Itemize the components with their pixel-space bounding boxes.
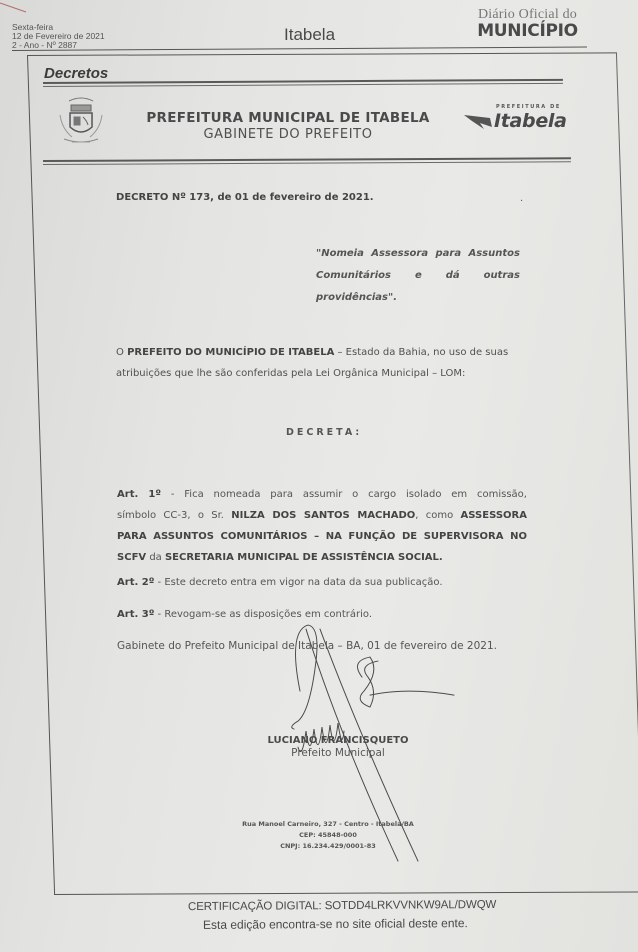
address-cep: CEP: 45848-000 (228, 830, 428, 841)
decree-summary: "Nomeia Assessora para Assuntos Comunitá… (316, 243, 520, 309)
letterhead-title: PREFEITURA MUNICIPAL DE ITABELA GABINETE… (138, 110, 438, 142)
address-block: Rua Manoel Carneiro, 327 - Centro - Itab… (228, 819, 428, 852)
appointee-name: NILZA DOS SANTOS MACHADO (231, 510, 415, 521)
article-label: Art. 2º (117, 577, 154, 588)
org-name: PREFEITURA MUNICIPAL DE ITABELA (138, 110, 438, 126)
article-text: da (146, 552, 165, 563)
article-text: símbolo CC-3, o Sr. (117, 510, 231, 521)
pen-mark (0, 0, 30, 14)
article-label: Art. 3º (117, 609, 154, 620)
publication-masthead: Diário Oficial do MUNICÍPIO (470, 8, 585, 40)
signer-role: Prefeito Municipal (258, 747, 418, 759)
issue-info: Sexta-feira 12 de Fevereiro de 2021 2 - … (12, 23, 105, 50)
summary-line: Comunitários e dá outras (316, 265, 520, 287)
page-frame: Decretos PREFEITURA MUNICIPAL DE ITABELA… (27, 52, 638, 895)
decree-title: DECRETO Nº 173, de 01 de fevereiro de 20… (116, 192, 374, 203)
article-text: - Este decreto entra em vigor na data da… (154, 577, 442, 588)
article-1: Art. 1º - Fica nomeada para assumir o ca… (117, 484, 527, 568)
appointee-role-cont: PARA ASSUNTOS COMUNITÁRIOS – NA FUNÇÃO D… (117, 531, 527, 542)
address-cnpj: CNPJ: 16.234.429/0001-83 (228, 841, 428, 852)
footer-note: Esta edição encontra-se no site oficial … (203, 916, 468, 932)
article-3: Art. 3º - Revogam-se as disposições em c… (117, 609, 372, 620)
itabela-logo: PREFEITURA DE Itabela (464, 104, 574, 134)
section-divider (43, 79, 563, 87)
preamble-prefix: O (116, 347, 127, 358)
masthead-line1: Diário Oficial do (470, 8, 585, 22)
summary-line: providências". (316, 292, 397, 303)
closing-line: Gabinete do Prefeito Municipal de Itabel… (117, 640, 497, 652)
decreta-heading: DECRETA: (286, 427, 362, 438)
article-text: , como (415, 510, 460, 521)
preamble-authority: PREFEITO DO MUNICÍPIO DE ITABELA (127, 347, 334, 358)
article-label: Art. 1º (117, 489, 161, 500)
office-name: GABINETE DO PREFEITO (138, 127, 438, 142)
stray-dot: . (520, 193, 523, 204)
article-text: - Revogam-se as disposições em contrário… (154, 609, 372, 620)
city-name: Itabela (284, 25, 335, 45)
appointee-role: ASSESSORA (461, 510, 527, 521)
program-name: SCFV (117, 552, 146, 563)
secretariat-name: SECRETARIA MUNICIPAL DE ASSISTÊNCIA SOCI… (165, 552, 443, 563)
article-2: Art. 2º - Este decreto entra em vigor na… (117, 577, 442, 588)
letterhead-divider (43, 157, 571, 165)
signer-name: LUCIANO FRANCISQUETO (258, 735, 418, 746)
logo-brand: Itabela (494, 110, 567, 132)
coat-of-arms-icon (54, 93, 108, 149)
summary-line: "Nomeia Assessora para Assuntos (316, 243, 520, 265)
preamble: O PREFEITO DO MUNICÍPIO DE ITABELA – Est… (116, 342, 526, 384)
masthead-line2: MUNICÍPIO (470, 22, 585, 40)
address-street: Rua Manoel Carneiro, 327 - Centro - Itab… (228, 819, 428, 830)
signer-block: LUCIANO FRANCISQUETO Prefeito Municipal (258, 735, 418, 759)
logo-wing-icon (464, 113, 494, 129)
article-text: - Fica nomeada para assumir o cargo isol… (161, 489, 527, 500)
digital-certification: CERTIFICAÇÃO DIGITAL: SOTDD4LRKVVNKW9AL/… (188, 899, 496, 913)
section-title: Decretos (44, 65, 108, 82)
